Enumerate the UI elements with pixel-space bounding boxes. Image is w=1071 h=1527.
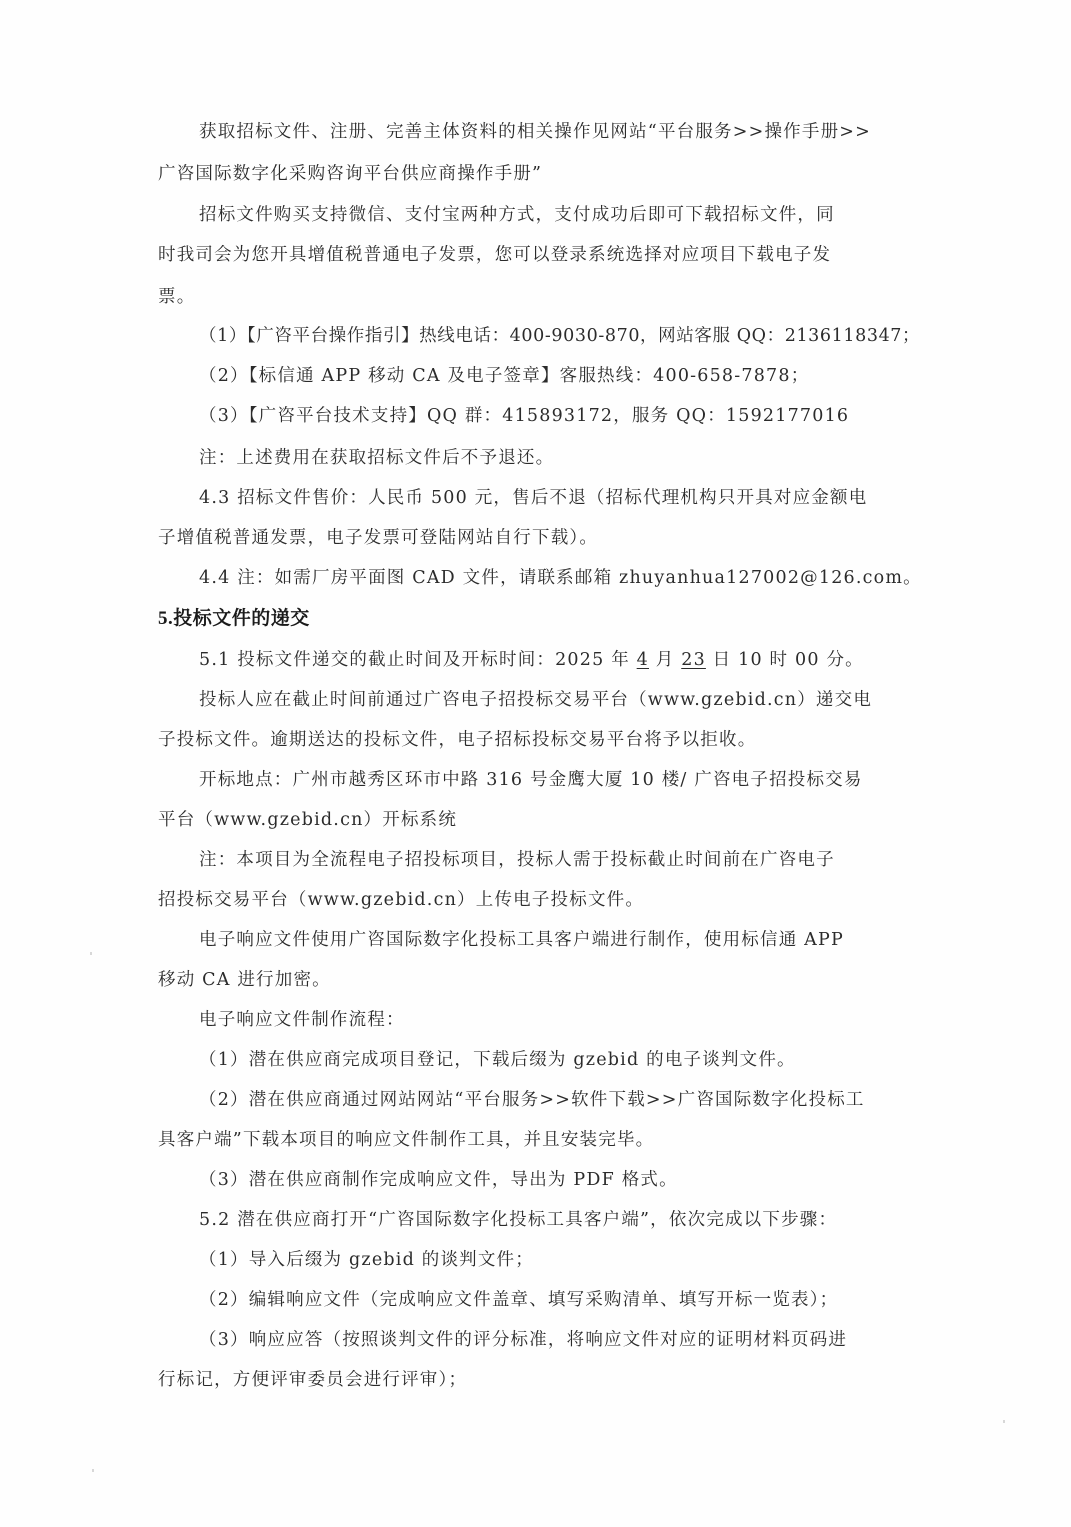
paragraph-payment-line3: 票。 bbox=[158, 285, 195, 309]
section-5-2-step-2: （2）编辑响应文件（完成响应文件盖章、填写采购清单、填写开标一览表）； bbox=[199, 1288, 838, 1312]
paragraph-payment-line1: 招标文件购买支持微信、支付宝两种方式，支付成功后即可下载招标文件，同 bbox=[199, 203, 835, 227]
deadline-prefix: 5.1 投标文件递交的截止时间及开标时间：2025 年 bbox=[199, 650, 637, 670]
note-electronic-bidding-line2: 招投标交易平台（www.gzebid.cn）上传电子投标文件。 bbox=[158, 888, 644, 912]
section-4-3-price-line2: 子增值税普通发票，电子发票可登陆网站自行下载）。 bbox=[158, 526, 598, 550]
section-5-2-step-3-line1: （3）响应应答（按照谈判文件的评分标准，将响应文件对应的证明材料页码进 bbox=[199, 1328, 847, 1352]
scan-speck bbox=[90, 952, 92, 955]
opening-location-line1: 开标地点：广州市越秀区环市中路 316 号金鹰大厦 10 楼/ 广咨电子招投标交… bbox=[199, 768, 863, 792]
section-5-2-step-1: （1）导入后缀为 gzebid 的谈判文件； bbox=[199, 1248, 534, 1272]
process-step-2-line1: （2）潜在供应商通过网站网站“平台服务>>软件下载>>广咨国际数字化投标工 bbox=[199, 1088, 865, 1112]
section-5-heading: 5.投标文件的递交 bbox=[158, 606, 310, 632]
document-page: 获取招标文件、注册、完善主体资料的相关操作见网站“平台服务>>操作手册>> 广咨… bbox=[0, 0, 1071, 1527]
opening-location-line2: 平台（www.gzebid.cn）开标系统 bbox=[158, 808, 457, 832]
paragraph-payment-line2: 时我司会为您开具增值税普通电子发票，您可以登录系统选择对应项目下载电子发 bbox=[158, 243, 831, 267]
section-4-3-price-line1: 4.3 招标文件售价：人民币 500 元，售后不退（招标代理机构只开具对应金额电 bbox=[199, 486, 867, 510]
deadline-month: 4 bbox=[637, 650, 649, 670]
note-electronic-bidding-line1: 注：本项目为全流程电子招投标项目，投标人需于投标截止时间前在广咨电子 bbox=[199, 848, 835, 872]
response-tool-line1: 电子响应文件使用广咨国际数字化投标工具客户端进行制作，使用标信通 APP bbox=[199, 928, 844, 952]
note-fee-nonrefundable: 注：上述费用在获取招标文件后不予退还。 bbox=[199, 446, 554, 470]
scan-speck bbox=[92, 1469, 94, 1472]
contact-item-1: （1）【广咨平台操作指引】热线电话：400-9030-870，网站客服 QQ：2… bbox=[199, 324, 920, 348]
process-title: 电子响应文件制作流程： bbox=[199, 1008, 405, 1032]
section-5-2-intro: 5.2 潜在供应商打开“广咨国际数字化投标工具客户端”，依次完成以下步骤： bbox=[199, 1208, 837, 1232]
deadline-month-suffix: 月 bbox=[649, 650, 681, 670]
section-5-1-deadline: 5.1 投标文件递交的截止时间及开标时间：2025 年 4 月 23 日 10 … bbox=[199, 648, 864, 672]
process-step-1: （1）潜在供应商完成项目登记，下载后缀为 gzebid 的电子谈判文件。 bbox=[199, 1048, 796, 1072]
deadline-day: 23 bbox=[681, 650, 706, 670]
submission-instructions-line1: 投标人应在截止时间前通过广咨电子招投标交易平台（www.gzebid.cn）递交… bbox=[199, 688, 872, 712]
process-step-3: （3）潜在供应商制作完成响应文件，导出为 PDF 格式。 bbox=[199, 1168, 678, 1192]
process-step-2-line2: 具客户端”下载本项目的响应文件制作工具，并且安装完毕。 bbox=[158, 1128, 654, 1152]
contact-item-3: （3）【广咨平台技术支持】QQ 群：415893172，服务 QQ：159217… bbox=[199, 404, 849, 428]
section-5-2-step-3-line2: 行标记，方便评审委员会进行评审）； bbox=[158, 1368, 467, 1392]
submission-instructions-line2: 子投标文件。逾期送达的投标文件，电子招标投标交易平台将予以拒收。 bbox=[158, 728, 756, 752]
contact-item-2: （2）【标信通 APP 移动 CA 及电子签章】客服热线：400-658-787… bbox=[199, 364, 809, 388]
deadline-suffix: 日 10 时 00 分。 bbox=[706, 650, 864, 670]
paragraph-operation-manual-line1: 获取招标文件、注册、完善主体资料的相关操作见网站“平台服务>>操作手册>> bbox=[199, 120, 871, 144]
response-tool-line2: 移动 CA 进行加密。 bbox=[158, 968, 331, 992]
paragraph-operation-manual-line2: 广咨国际数字化采购咨询平台供应商操作手册” bbox=[158, 162, 542, 186]
section-4-4-cad-note: 4.4 注：如需厂房平面图 CAD 文件，请联系邮箱 zhuyanhua1270… bbox=[199, 566, 922, 590]
scan-speck bbox=[1003, 1420, 1005, 1423]
